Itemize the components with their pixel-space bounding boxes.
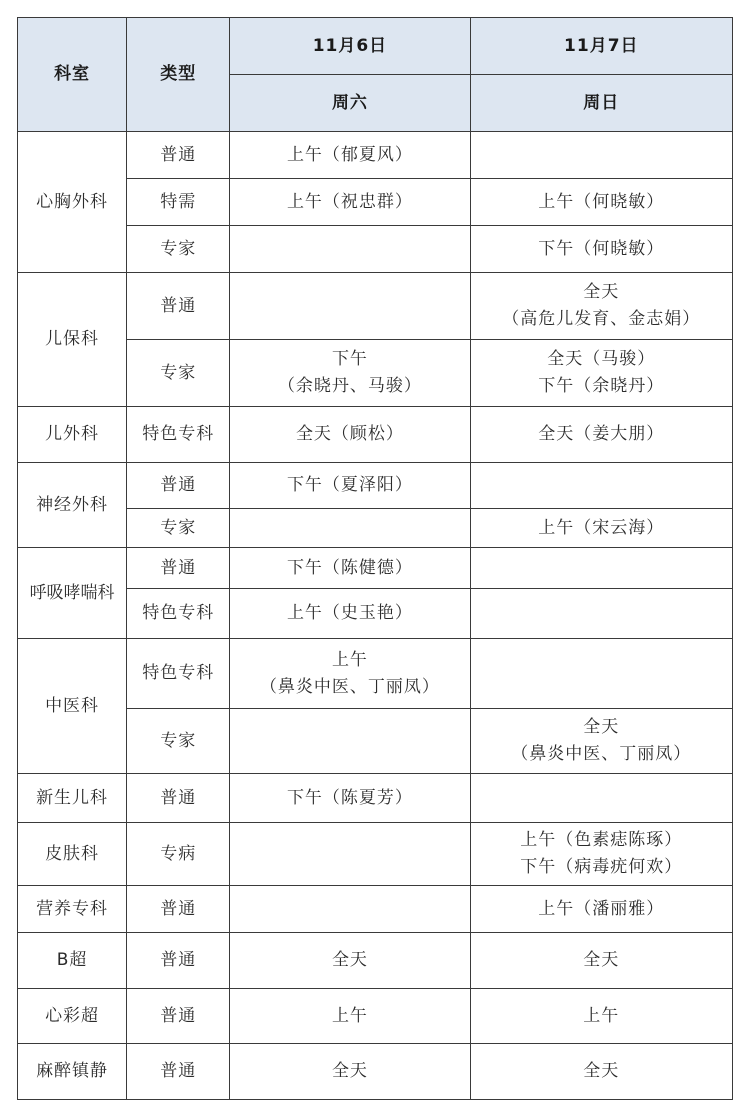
dept-cell: 中医科 [18, 639, 127, 774]
slot-text: 上午（何晓敏） [471, 189, 732, 216]
slot-text: 上午 [230, 1003, 469, 1030]
day1-cell: 上午 [230, 989, 470, 1044]
slot-text: 下午（夏泽阳） [230, 472, 469, 499]
day1-cell: 下午（陈夏芳） [230, 774, 470, 823]
slot-text: 下午（余晓丹） [471, 373, 732, 400]
table-row: 心胸外科 普通 上午（郁夏风） [18, 132, 733, 179]
day1-cell: 上午（祝忠群） [230, 179, 470, 226]
day2-cell: 上午（潘丽雅） [470, 886, 732, 933]
day1-cell [230, 273, 470, 340]
type-cell: 专病 [127, 823, 230, 886]
header-row-dates: 科室 类型 11月6日 11月7日 [18, 18, 733, 75]
day1-cell: 上午 （鼻炎中医、丁丽凤） [230, 639, 470, 709]
table-row: 中医科 特色专科 上午 （鼻炎中医、丁丽凤） [18, 639, 733, 709]
day2-cell: 全天（姜大朋） [470, 407, 732, 463]
slot-text: 全天 [471, 714, 732, 741]
slot-text: 下午（病毒疣何欢） [471, 854, 732, 881]
type-cell: 普通 [127, 273, 230, 340]
day2-cell [470, 548, 732, 589]
type-cell: 普通 [127, 548, 230, 589]
type-cell: 普通 [127, 774, 230, 823]
dept-cell: 心胸外科 [18, 132, 127, 273]
slot-text: （高危儿发育、金志娟） [471, 306, 732, 333]
header-type: 类型 [127, 18, 230, 132]
day1-cell [230, 823, 470, 886]
day1-cell [230, 226, 470, 273]
header-weekday-1: 周六 [230, 75, 470, 132]
dept-cell: 皮肤科 [18, 823, 127, 886]
slot-text: 全天 [471, 947, 732, 974]
type-cell: 专家 [127, 226, 230, 273]
slot-text: 全天（顾松） [230, 421, 469, 448]
table-row: 心彩超 普通 上午 上午 [18, 989, 733, 1044]
day2-cell: 全天（马骏） 下午（余晓丹） [470, 340, 732, 407]
type-cell: 普通 [127, 933, 230, 989]
day1-cell [230, 509, 470, 548]
header-weekday-2: 周日 [470, 75, 732, 132]
slot-text: 上午（色素痣陈琢） [471, 827, 732, 854]
slot-text: 上午（宋云海） [471, 515, 732, 542]
day2-cell: 全天 [470, 1044, 732, 1100]
day1-cell [230, 886, 470, 933]
dept-cell: 儿外科 [18, 407, 127, 463]
slot-text: 上午 [230, 647, 469, 674]
day2-cell: 上午 [470, 989, 732, 1044]
table-row: 儿保科 普通 全天 （高危儿发育、金志娟） [18, 273, 733, 340]
slot-text: 全天 [471, 1058, 732, 1085]
slot-text: 下午（何晓敏） [471, 236, 732, 263]
slot-text: 全天 [230, 1058, 469, 1085]
dept-cell: 儿保科 [18, 273, 127, 407]
slot-text: 全天 [230, 947, 469, 974]
day1-cell: 下午 （余晓丹、马骏） [230, 340, 470, 407]
table-row: 麻醉镇静 普通 全天 全天 [18, 1044, 733, 1100]
dept-cell: 心彩超 [18, 989, 127, 1044]
table-row: 儿外科 特色专科 全天（顾松） 全天（姜大朋） [18, 407, 733, 463]
slot-text: （鼻炎中医、丁丽凤） [471, 741, 732, 768]
table-row: 皮肤科 专病 上午（色素痣陈琢） 下午（病毒疣何欢） [18, 823, 733, 886]
table-row: 新生儿科 普通 下午（陈夏芳） [18, 774, 733, 823]
slot-text: 下午 [230, 346, 469, 373]
slot-text: （鼻炎中医、丁丽凤） [230, 674, 469, 701]
type-cell: 普通 [127, 1044, 230, 1100]
slot-text: 上午（史玉艳） [230, 600, 469, 627]
slot-text: 下午（陈健德） [230, 555, 469, 582]
day2-cell [470, 589, 732, 639]
dept-cell: 麻醉镇静 [18, 1044, 127, 1100]
slot-text: 上午 [471, 1003, 732, 1030]
day2-cell [470, 639, 732, 709]
type-cell: 特色专科 [127, 407, 230, 463]
table-row: 营养专科 普通 上午（潘丽雅） [18, 886, 733, 933]
dept-cell: 神经外科 [18, 463, 127, 548]
slot-text: 全天（姜大朋） [471, 421, 732, 448]
type-cell: 特色专科 [127, 589, 230, 639]
day1-cell [230, 709, 470, 774]
day1-cell: 全天 [230, 933, 470, 989]
slot-text: 全天 [471, 279, 732, 306]
table-row: 神经外科 普通 下午（夏泽阳） [18, 463, 733, 509]
type-cell: 专家 [127, 340, 230, 407]
dept-cell: 新生儿科 [18, 774, 127, 823]
day2-cell [470, 463, 732, 509]
slot-text: 上午（潘丽雅） [471, 896, 732, 923]
day2-cell: 全天 [470, 933, 732, 989]
table-row: B超 普通 全天 全天 [18, 933, 733, 989]
type-cell: 特需 [127, 179, 230, 226]
dept-cell: 营养专科 [18, 886, 127, 933]
slot-text: 全天（马骏） [471, 346, 732, 373]
day2-cell [470, 774, 732, 823]
day2-cell: 下午（何晓敏） [470, 226, 732, 273]
day1-cell: 上午（史玉艳） [230, 589, 470, 639]
slot-text: 上午（祝忠群） [230, 189, 469, 216]
day2-cell: 全天 （鼻炎中医、丁丽凤） [470, 709, 732, 774]
dept-label: 呼吸哮喘科 [30, 583, 115, 603]
header-dept: 科室 [18, 18, 127, 132]
type-cell: 普通 [127, 886, 230, 933]
slot-text: 下午（陈夏芳） [230, 785, 469, 812]
table-row: 呼吸哮喘科 普通 下午（陈健德） [18, 548, 733, 589]
type-cell: 普通 [127, 989, 230, 1044]
dept-cell: 呼吸哮喘科 [18, 548, 127, 639]
day1-cell: 下午（陈健德） [230, 548, 470, 589]
day1-cell: 下午（夏泽阳） [230, 463, 470, 509]
day1-cell: 全天（顾松） [230, 407, 470, 463]
day1-cell: 上午（郁夏风） [230, 132, 470, 179]
day2-cell: 上午（色素痣陈琢） 下午（病毒疣何欢） [470, 823, 732, 886]
day2-cell: 上午（何晓敏） [470, 179, 732, 226]
dept-cell: B超 [18, 933, 127, 989]
type-cell: 普通 [127, 463, 230, 509]
type-cell: 专家 [127, 509, 230, 548]
type-cell: 特色专科 [127, 639, 230, 709]
slot-text: 上午（郁夏风） [230, 142, 469, 169]
clinic-schedule-table: 科室 类型 11月6日 11月7日 周六 周日 心胸外科 普通 上午（郁夏风） … [17, 17, 733, 1100]
header-date-1: 11月6日 [230, 18, 470, 75]
day2-cell: 上午（宋云海） [470, 509, 732, 548]
header-date-2: 11月7日 [470, 18, 732, 75]
day1-cell: 全天 [230, 1044, 470, 1100]
slot-text: （余晓丹、马骏） [230, 373, 469, 400]
type-cell: 专家 [127, 709, 230, 774]
day2-cell: 全天 （高危儿发育、金志娟） [470, 273, 732, 340]
type-cell: 普通 [127, 132, 230, 179]
day2-cell [470, 132, 732, 179]
